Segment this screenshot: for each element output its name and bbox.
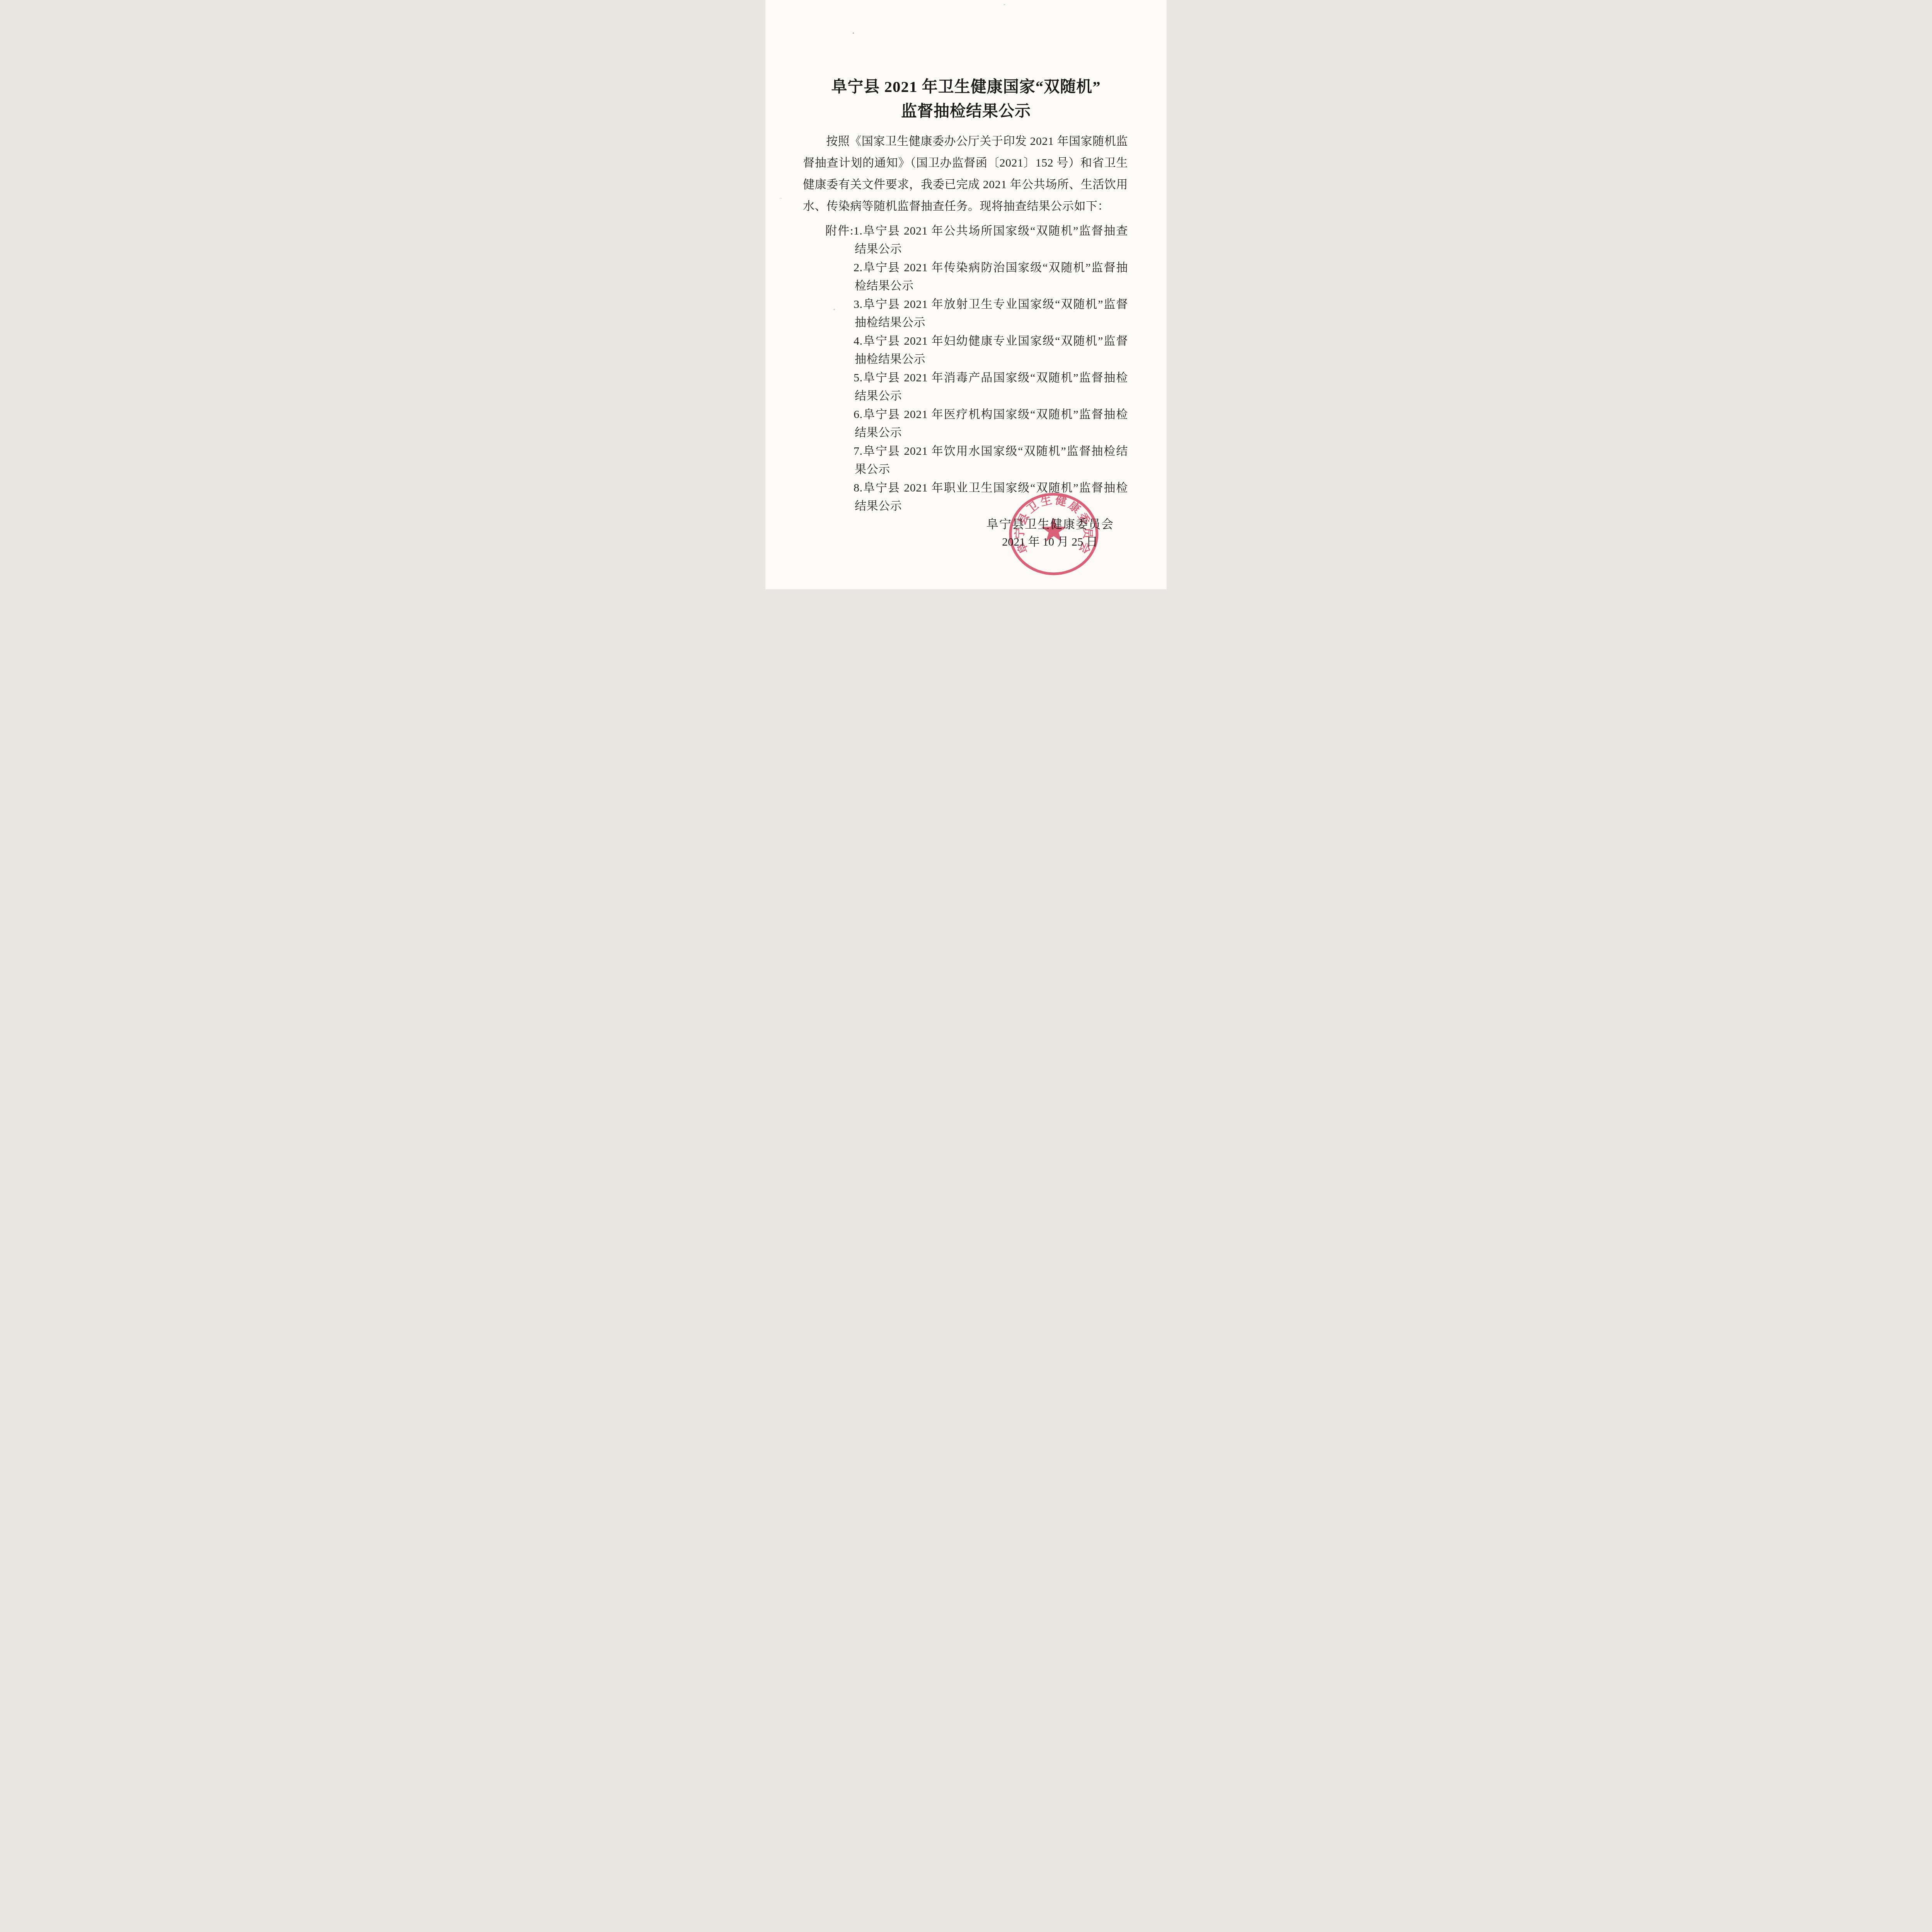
attachment-item-3-line-2: 抽检结果公示 <box>855 315 925 331</box>
date-line: 2021 年 10 月 25 日 <box>1000 534 1100 550</box>
paper-speck <box>833 309 835 310</box>
attachment-item-8-line-2: 结果公示 <box>855 498 902 514</box>
attachment-item-2-line-1: 2.阜宁县 2021 年传染病防治国家级“双随机”监督抽 <box>854 260 1128 276</box>
attachment-item-6-line-2: 结果公示 <box>855 425 902 441</box>
paper-speck <box>1003 4 1005 5</box>
attachment-item-4-line-2: 抽检结果公示 <box>855 351 925 367</box>
paragraph-line-3: 健康委有关文件要求，我委已完成 2021 年公共场所、生活饮用 <box>803 177 1128 193</box>
page-title-line-2: 监督抽检结果公示 <box>765 101 1167 121</box>
attachment-item-1-line-1: 附件:1.阜宁县 2021 年公共场所国家级“双随机”监督抽查 <box>825 223 1128 239</box>
signature-line: 阜宁县卫生健康委员会 <box>986 516 1116 532</box>
paragraph-line-1: 按照《国家卫生健康委办公厅关于印发 2021 年国家随机监 <box>803 133 1128 150</box>
paragraph-line-4: 水、传染病等随机监督抽查任务。现将抽查结果公示如下： <box>803 198 1109 214</box>
document-page: 阜宁县 2021 年卫生健康国家“双随机” 监督抽检结果公示 按照《国家卫生健康… <box>765 0 1167 589</box>
attachment-item-7-line-2: 果公示 <box>855 461 890 478</box>
paragraph-line-2: 督抽查计划的通知》（国卫办监督函〔2021〕152 号）和省卫生 <box>803 155 1128 171</box>
attachment-item-2-line-2: 检结果公示 <box>855 278 914 294</box>
attachment-item-5-line-1: 5.阜宁县 2021 年消毒产品国家级“双随机”监督抽检 <box>854 370 1128 386</box>
attachment-item-3-line-1: 3.阜宁县 2021 年放射卫生专业国家级“双随机”监督 <box>854 296 1128 313</box>
paper-speck <box>779 198 782 199</box>
paper-speck <box>853 32 854 34</box>
attachment-item-1-text: 1.阜宁县 2021 年公共场所国家级“双随机”监督抽查 <box>854 224 1128 237</box>
attachment-item-1-line-2: 结果公示 <box>855 241 902 257</box>
attachment-item-5-line-2: 结果公示 <box>855 388 902 404</box>
attachment-label: 附件: <box>825 224 854 237</box>
attachment-item-8-line-1: 8.阜宁县 2021 年职业卫生国家级“双随机”监督抽检 <box>854 480 1128 496</box>
attachment-item-6-line-1: 6.阜宁县 2021 年医疗机构国家级“双随机”监督抽检 <box>854 406 1128 423</box>
attachment-item-4-line-1: 4.阜宁县 2021 年妇幼健康专业国家级“双随机”监督 <box>854 333 1128 349</box>
page-title-line-1: 阜宁县 2021 年卫生健康国家“双随机” <box>765 77 1167 97</box>
attachment-item-7-line-1: 7.阜宁县 2021 年饮用水国家级“双随机”监督抽检结 <box>854 443 1128 459</box>
